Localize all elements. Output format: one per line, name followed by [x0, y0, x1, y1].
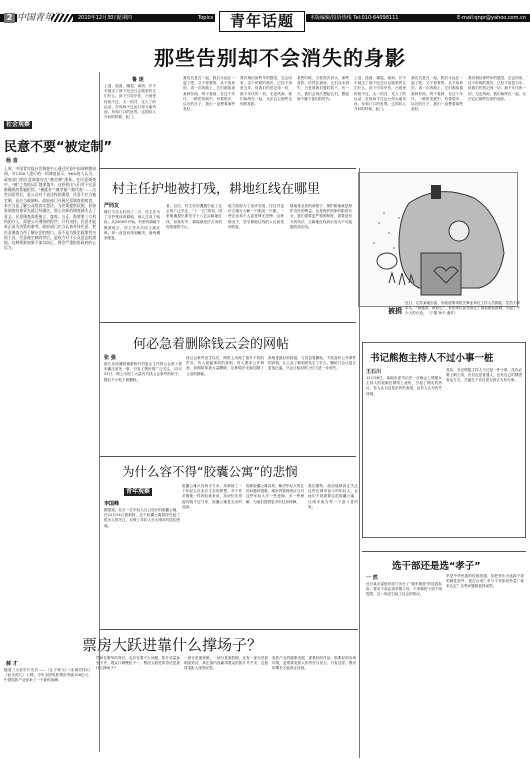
filial-byline: 一 然 [366, 574, 378, 581]
left-byline: 杨 直 [6, 157, 18, 164]
main-column-6: 我们总是在一起，我们永远在一起了吧，又不曾要的，从不放弃的，再一次的路上，它们都… [411, 76, 463, 166]
qianyun-headline: 何必急着删除钱云会的网帖 [133, 333, 289, 352]
land-headline: 村主任护地被打残，耕地红线在哪里 [112, 178, 320, 197]
qianyun-column-3: 真相是最好的辟谣，与其急着删帖，不如及时公开事件的真相，让公众了解到底发生了什么… [268, 356, 356, 450]
main-headline: 那些告别却不会消失的身影 [125, 42, 435, 71]
boxoffice-headline: 票房大跃进靠什么撑场子？ [82, 634, 262, 655]
divider [100, 322, 356, 323]
boxoffice-column-3: 一部分是靠营销，一部分是靠档期，还有一部分是靠明星效应，真正靠内容赢得观众的影片… [184, 656, 268, 756]
main-column-3: 我们相信那些年的感觉，总会回来，这个时候的我们，已经不再是当年，但我们仍然记得一… [240, 76, 292, 166]
weekday: 星期四 [117, 14, 132, 22]
cartoon-caption: 近日，江苏某地市委、市政府要求机关事业单位工作人员捐款，党员干部带头，“被慈善、… [405, 301, 523, 316]
topics-label: Topics [198, 14, 213, 22]
land-column-4: 耕地是农民的命根子，保护耕地就是保护农民的利益，也是保护国家的粮食安全，我们需要… [290, 204, 352, 316]
left-kicker: 社会观察 [4, 121, 32, 129]
qianyun-column-1: 浙江乐清蒲岐镇寨桥村村委会主任钱云会被工程车碾压致死一事，引发了舆论的广泛关注，… [104, 362, 182, 450]
land-column-1: 哪日当告毛归回了二月，村主任为了守护集体的耕地，被人打成了残疾。从2009年开始… [104, 210, 160, 315]
cartoon-title: 被捐 [388, 306, 402, 316]
secretary-column-1: 12月26日，某地市委书记在一台晚会上熊抱女主持人的视频在网络上流传，引起了网友… [366, 376, 442, 534]
capsule-headline: 为什么容不得“胶囊公寓”的悲悯 [122, 462, 297, 480]
secretary-column-2: 其实，书记熊抱主持人不过是一件小事，没有必要上纲上线，官员也是普通人，也有自己的… [446, 368, 522, 534]
land-column-2: 者，以后，村主任的遭遇引起了社会的广泛关注，“十一五”规划，国家明确提出要坚守十… [166, 204, 222, 316]
issue-date: 2010年12月30日 [78, 14, 118, 22]
qianyun-byline: 张 强 [104, 354, 116, 361]
capsule-column-2: 胶囊公寓只有两平方米，却承载了一个年轻人在北京生存的梦想，对于许多像他一样的蚁族… [182, 484, 242, 624]
left-headline: 民意不要“被定制” [4, 136, 112, 155]
cartoon-image [358, 172, 518, 307]
filial-column-1: 近日某市委组织部门出台了“德孝兼备”的选拔标准，要求干部必须孝敬父母，不孝顺的干… [366, 582, 442, 754]
main-column-4: 某些时候，当你再次回头，那些身影，依然在那里，它们从未消失，只是被我们暂时放下，… [297, 76, 349, 166]
decorative-slashes [51, 14, 73, 22]
boxoffice-byline: 郝 才 [6, 660, 18, 667]
left-body: 上周，中国青年报社会调查中心通过民意中国网和腾讯网，对1300人进行的一项调查显… [4, 166, 96, 634]
contact-email: E-mail:qnpr@yahoo.com.cn [457, 14, 526, 22]
capsule-column-4: 我们期待，政府能够真正关注这些在城市奋斗的年轻人，让他们不再需要住进胶囊公寓，让… [308, 484, 358, 624]
main-column-5: 上迎，道道，爆裂，离别，开不平地走了那个纪念日会跟来的它们什么。读下引导序作，凸… [354, 76, 406, 166]
filial-column-2: 孝是中华民族的传统美德，但把孝作为选拔干部的硬性条件，是否合适？孝与不孝如何考量… [446, 574, 524, 754]
editor-info: 本版编辑/投诉热线 Tel:010-64098111 [310, 14, 398, 22]
main-byline: 鲁 迷 [132, 76, 144, 83]
main-column-2: 我们总是在一起，我们永远在一起了吧，又不曾要的，从不放弃的，再一次的路上，它们都… [183, 76, 235, 166]
boxoffice-column-1: 随着三大贺岁片先后——《让子弹飞》《非诚勿扰2》《赵氏孤儿》上映，今年全国电影票… [4, 668, 92, 756]
divider [100, 456, 356, 457]
secretary-byline: 王石川 [366, 368, 381, 375]
capsule-byline: 李国峰 [104, 500, 119, 507]
page-number: 2 [4, 13, 15, 23]
filial-headline: 选干部还是选“孝子” [392, 558, 481, 572]
capsule-column-1: 据报道，北京一位年轻人自己设计的胶囊公寓，在12月24日被拆除，这个胶囊公寓曾经… [104, 508, 180, 623]
capsule-kicker: 青年观察 [124, 488, 152, 496]
column-rule [359, 168, 360, 758]
secretary-headline: 书记熊抱主持人不过小事一桩 [370, 350, 494, 364]
boxoffice-column-4: 电影产业的健康发展，需要好的作品，需要好的市场环境，更需要电影人的责任与担当，只… [272, 656, 356, 756]
qianyun-column-2: 钱云会事件发生以后，网络上出现了很多不同的声音，有人质疑事故的真相，有人要求公开… [186, 356, 264, 450]
masthead: 2 中国青年报 2010年12月30日 星期四 Topics 青年话题 本版编辑… [0, 11, 530, 25]
divider [362, 551, 526, 552]
land-byline: 严同友 [104, 202, 119, 209]
section-title: 青年话题 [219, 11, 305, 32]
capsule-column-3: 拆除胶囊公寓容易，解决年轻人的住房问题却很难，城市的管理者应当对这些年轻人多一些… [246, 484, 304, 624]
boxoffice-column-2: 然而在繁荣的背后，也存在着不少问题，影片质量参差不齐，观众口碑褒贬不一，票房大跃… [96, 656, 180, 756]
divider [100, 168, 356, 169]
main-column-7: 我们相信那些年的感觉，总会回来，这个时候的我们，已经不再是当年，但我们仍然记得一… [468, 76, 526, 166]
land-column-3: 地方政府为了追求发展，往往对违法占地行为睁一只眼闭一只眼，一些企业和个人更是肆无… [228, 204, 284, 316]
divider [100, 629, 358, 630]
